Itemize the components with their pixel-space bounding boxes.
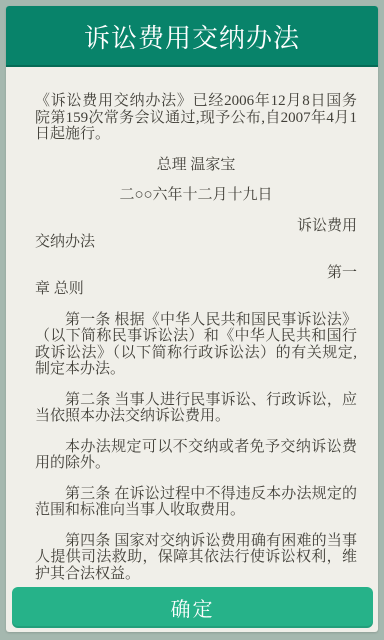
app-screen: 诉讼费用交纳办法 《诉讼费用交纳办法》已经2006年12月8日国务院第159次常… (0, 0, 384, 640)
title-bar: 诉讼费用交纳办法 (6, 6, 378, 67)
document-dialog: 诉讼费用交纳办法 《诉讼费用交纳办法》已经2006年12月8日国务院第159次常… (6, 6, 378, 632)
confirm-button[interactable]: 确定 (12, 587, 373, 628)
article-4: 第四条 国家对交纳诉讼费用确有困难的当事人提供司法救助，保障其依法行使诉讼权利，… (35, 533, 357, 583)
chapter-heading-line-2: 章 总则 (35, 281, 357, 298)
article-2: 第二条 当事人进行民事诉讼、行政诉讼，应当依照本办法交纳诉讼费用。 (35, 392, 357, 425)
publication-notice: 《诉讼费用交纳办法》已经2006年12月8日国务院第159次常务会议通过,现予公… (35, 93, 357, 143)
article-1: 第一条 根据《中华人民共和国民事诉讼法》（以下简称民事诉讼法）和《中华人民共和国… (35, 312, 357, 378)
article-3: 第三条 在诉讼过程中不得违反本办法规定的范围和标准向当事人收取费用。 (35, 486, 357, 519)
date-line: 二○○六年十二月十九日 (35, 187, 357, 204)
document-body: 《诉讼费用交纳办法》已经2006年12月8日国务院第159次常务会议通过,现予公… (6, 67, 378, 582)
doc-title-line-1: 诉讼费用 (35, 218, 357, 235)
doc-title-line-2: 交纳办法 (35, 234, 357, 251)
chapter-heading-line-1: 第一 (35, 265, 357, 282)
premier-signature: 总理 温家宝 (35, 157, 357, 174)
page-title: 诉讼费用交纳办法 (84, 18, 300, 55)
article-2-exception: 本办法规定可以不交纳或者免予交纳诉讼费用的除外。 (35, 439, 357, 472)
